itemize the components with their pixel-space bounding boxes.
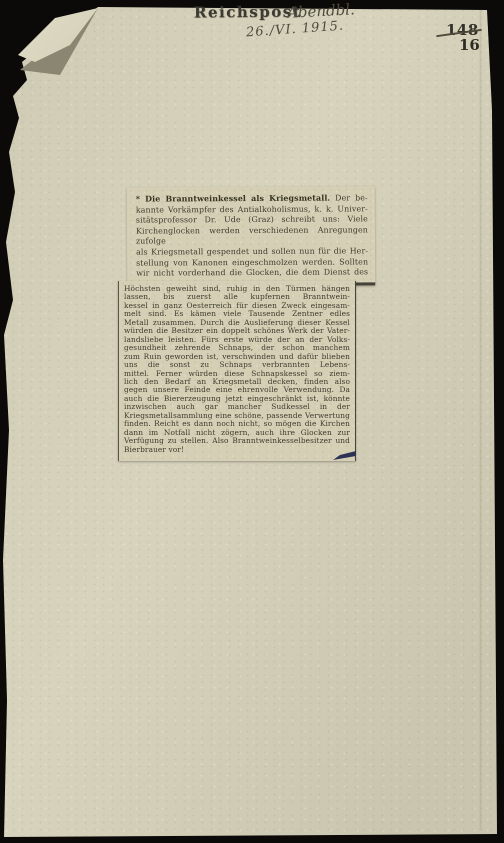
clipping-text-line: Kirchenglocken werden verschiedenen Anre… [136, 225, 368, 247]
newspaper-clipping-top: * Die Branntweinkessel als Kriegsmetall.… [127, 186, 376, 286]
clipping-headline-line: * Die Branntweinkessel als Kriegsmetall.… [136, 193, 368, 205]
clipping-headline-continuation: Der be- [330, 193, 368, 202]
newspaper-name-stamp: Reichspost [194, 3, 301, 22]
clipping-text-line: als Kriegsmetall gespendet und sollen nu… [136, 246, 368, 258]
clipping-top-text: kannte Vorkämpfer des Antialkoholismus, … [136, 204, 368, 279]
clipping-text-line: Bierbrauer vor! [124, 446, 350, 454]
scan-backdrop: Reichspost Abendbl. 26./VI. 1915. 148 16… [0, 0, 504, 843]
handwritten-edition-note: Abendbl. [287, 0, 356, 22]
page-number-new: 16 [459, 36, 480, 54]
newspaper-clipping-bottom: Höchsten geweiht sind, ruhig in den Türm… [118, 281, 356, 461]
clipping-headline: * Die Branntweinkessel als Kriegsmetall. [136, 194, 331, 204]
clipping-bottom-text: Höchsten geweiht sind, ruhig in den Türm… [124, 285, 350, 454]
paper-crease [479, 10, 482, 830]
clipping-text-line: wir nicht vorderhand die Glocken, die de… [136, 268, 368, 280]
